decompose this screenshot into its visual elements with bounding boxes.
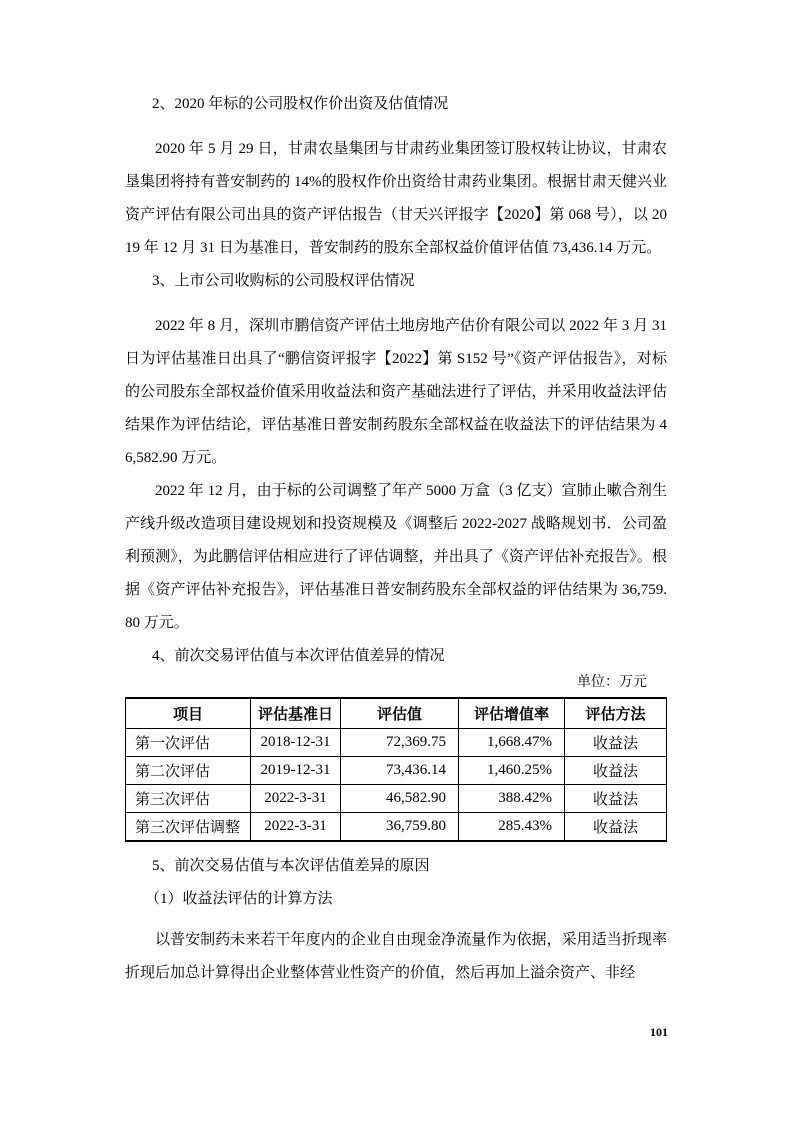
document-content: 2、2020 年标的公司股权作价出资及估值情况 2020 年 5 月 29 日，… xyxy=(125,88,667,990)
table-row: 第一次评估 2018-12-31 72,369.75 1,668.47% 收益法 xyxy=(126,729,667,757)
table-cell-rate: 1,460.25% xyxy=(459,757,565,785)
table-header-base-date: 评估基准日 xyxy=(251,698,341,729)
section-heading-5: 5、前次交易估值与本次评估值差异的原因 xyxy=(125,850,667,883)
section-heading-2: 2、2020 年标的公司股权作价出资及估值情况 xyxy=(125,88,667,121)
table-cell-method: 收益法 xyxy=(565,729,667,757)
table-cell-date: 2022-3-31 xyxy=(251,785,341,813)
table-cell-date: 2019-12-31 xyxy=(251,757,341,785)
table-cell-value: 46,582.90 xyxy=(341,785,459,813)
paragraph-3: 2022 年 12 月，由于标的公司调整了年产 5000 万盒（3 亿支）宣肺止… xyxy=(125,475,667,640)
table-header-method: 评估方法 xyxy=(565,698,667,729)
table-cell-value: 73,436.14 xyxy=(341,757,459,785)
table-cell-item: 第三次评估调整 xyxy=(126,813,251,842)
paragraph-2: 2022 年 8 月，深圳市鹏信资产评估土地房地产估价有限公司以 2022 年 … xyxy=(125,310,667,475)
table-cell-method: 收益法 xyxy=(565,757,667,785)
table-row: 第三次评估 2022-3-31 46,582.90 388.42% 收益法 xyxy=(126,785,667,813)
document-page: 2、2020 年标的公司股权作价出资及估值情况 2020 年 5 月 29 日，… xyxy=(0,0,793,1122)
table-cell-method: 收益法 xyxy=(565,813,667,842)
table-row: 第三次评估调整 2022-3-31 36,759.80 285.43% 收益法 xyxy=(126,813,667,842)
paragraph-1: 2020 年 5 月 29 日，甘肃农垦集团与甘肃药业集团签订股权转让协议，甘肃… xyxy=(125,133,667,265)
section-heading-3: 3、上市公司收购标的公司股权评估情况 xyxy=(125,265,667,298)
table-unit-label: 单位：万元 xyxy=(125,673,667,693)
table-cell-item: 第二次评估 xyxy=(126,757,251,785)
table-header-increase-rate: 评估增值率 xyxy=(459,698,565,729)
sub-heading-5-1: （1）收益法评估的计算方法 xyxy=(125,883,667,916)
table-cell-item: 第一次评估 xyxy=(126,729,251,757)
table-header-item: 项目 xyxy=(126,698,251,729)
table-cell-rate: 388.42% xyxy=(459,785,565,813)
table-cell-method: 收益法 xyxy=(565,785,667,813)
valuation-comparison-table: 项目 评估基准日 评估值 评估增值率 评估方法 第一次评估 2018-12-31… xyxy=(125,697,667,842)
table-cell-value: 72,369.75 xyxy=(341,729,459,757)
paragraph-4: 以普安制药未来若干年度内的企业自由现金净流量作为依据，采用适当折现率折现后加总计… xyxy=(125,924,667,990)
section-heading-4: 4、前次交易评估值与本次评估值差异的情况 xyxy=(125,640,667,673)
table-row: 第二次评估 2019-12-31 73,436.14 1,460.25% 收益法 xyxy=(126,757,667,785)
table-cell-value: 36,759.80 xyxy=(341,813,459,842)
table-cell-rate: 285.43% xyxy=(459,813,565,842)
table-cell-date: 2018-12-31 xyxy=(251,729,341,757)
table-cell-item: 第三次评估 xyxy=(126,785,251,813)
table-cell-date: 2022-3-31 xyxy=(251,813,341,842)
table-header-value: 评估值 xyxy=(341,698,459,729)
table-header-row: 项目 评估基准日 评估值 评估增值率 评估方法 xyxy=(126,698,667,729)
table-cell-rate: 1,668.47% xyxy=(459,729,565,757)
page-number: 101 xyxy=(650,1024,668,1040)
